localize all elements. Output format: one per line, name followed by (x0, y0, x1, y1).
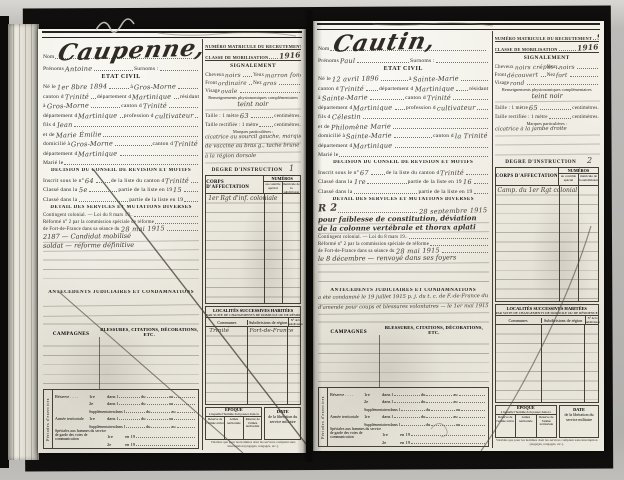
column-divider (264, 194, 265, 303)
label: domicilié à (43, 141, 70, 147)
leader (338, 212, 417, 213)
label: Né le (318, 76, 331, 82)
record-page-caupenne: Nom Caupenne, Prénoms Antoine Surnoms : … (38, 29, 306, 453)
leader (119, 404, 140, 405)
label: partie de la liste en 19 (408, 179, 462, 185)
communes-header: Communes (496, 318, 541, 323)
epoque-col-1: Réserve de l'armée active (206, 417, 224, 439)
leader (401, 410, 424, 411)
value: cultivateur (437, 103, 476, 111)
leader (461, 425, 484, 426)
value: noirs (225, 73, 241, 78)
value: Gros-Morne (71, 139, 113, 147)
side-header: N° de la subdivision (288, 318, 303, 326)
center-fold-shadow (303, 10, 315, 462)
prenoms-label: Prénoms (318, 58, 339, 64)
ruled-blank-area (43, 251, 199, 289)
side-column: NUMÉRO MATRICULE DU RECRUTEMENT949 CLASS… (493, 31, 601, 448)
leader (259, 126, 273, 127)
num-col-2: matricule de la subdivision (282, 182, 300, 194)
label: Inscrit sous le n° (43, 178, 84, 184)
label: canton d (318, 86, 339, 92)
label: Nez (253, 81, 262, 86)
label: Classé dans la (318, 179, 353, 185)
leader (174, 419, 195, 420)
subdivisions-header: Subdivisions de région (541, 318, 585, 323)
classe-field: CLASSE DE MOBILISATION1916 (205, 50, 301, 61)
leader (249, 84, 252, 85)
main-column: Nom Cautin, Prénoms Paul Surnoms : ÉTAT … (317, 31, 493, 448)
campagnes-section: CAMPAGNES BLESSURES, CITATIONS, DÉCORATI… (43, 326, 199, 389)
value: Trinité (340, 84, 364, 91)
blessures-title: BLESSURES, CITATIONS, DÉCORATIONS, ETC. (379, 325, 488, 335)
leader (461, 80, 488, 81)
label: Périodes d'exercices (321, 396, 325, 439)
label: canton d (405, 95, 426, 101)
antecedents-title: ANTÉCÉDENTS JUDICIAIRES ET CONDAMNATIONS (43, 290, 199, 295)
complementaires-value: teint noir (205, 99, 301, 110)
label: 2e (107, 442, 125, 447)
label: Périodes d'exercices (46, 398, 50, 441)
matricule-number: 949 (597, 31, 599, 41)
seance-date: 28 mai 1915 (121, 225, 165, 232)
corps-title: CORPS D'AFFECTATION (496, 168, 558, 185)
prenoms-value: Paul (340, 56, 355, 63)
value: 1er 8bre 1894 (57, 82, 107, 90)
epoque-col-2: Armée territoriale (224, 417, 243, 439)
label: profession d (406, 105, 436, 111)
leader (191, 182, 198, 183)
localites-table: LOCALITÉS SUCCESSIVES HABITÉES PAR SUITE… (495, 304, 600, 403)
value: la Trinité (455, 132, 488, 139)
leader (120, 117, 123, 118)
label: 2e (382, 440, 400, 445)
label: département d (318, 143, 352, 149)
value: Sainte-Marie (322, 93, 368, 101)
label: département d (43, 113, 77, 119)
leader (394, 417, 420, 418)
label: Taille : 1 mètre (205, 114, 239, 119)
leader (251, 117, 274, 118)
surname-handwritten: Cautin, (331, 27, 439, 58)
value: Sainte-Marie (346, 131, 392, 139)
label: canton d (121, 103, 142, 109)
label: fils d (43, 122, 56, 128)
main-column: Nom Caupenne, Prénoms Antoine Surnoms : … (42, 39, 203, 450)
epoque-col-2: Armée territoriale (515, 415, 536, 437)
ruled-blank-area (318, 313, 489, 323)
leader (456, 90, 468, 91)
label: Inscrit sous le n° (318, 170, 359, 176)
label: Né le (43, 84, 56, 90)
leader (177, 427, 196, 428)
taille-value: 65 (529, 103, 538, 110)
leader (177, 412, 196, 413)
register-spread-scan: Nom Caupenne, Prénoms Antoine Surnoms : … (0, 0, 624, 480)
marques-line: de vaccine au bras g., tache brune (205, 142, 301, 153)
leader (91, 107, 120, 108)
corps-table-body: Camp. du 1er Rgt colonial (496, 186, 599, 301)
label: Taille rectifiée : 1 mètre (205, 123, 258, 128)
classe-label: CLASSE DE MOBILISATION (205, 55, 268, 60)
decision-section: Inscrit sous le n°64de la liste du canto… (43, 174, 199, 203)
campagnes-table (318, 335, 489, 387)
label: Taille rectifiée : 1 mètre (495, 115, 548, 120)
periodes-vertical-label: Périodes d'exercices (319, 388, 328, 446)
leader (381, 80, 408, 81)
epoque-col-3: Réserve de l'armée territoriale (536, 415, 557, 437)
label: domicilié à (318, 133, 345, 139)
label: Marié le (43, 160, 63, 166)
leader (363, 118, 488, 119)
column-divider (287, 327, 288, 404)
value: Jean (56, 121, 72, 128)
leader (96, 182, 110, 183)
reforme-mark: R 2 (318, 203, 338, 214)
seance-date: 28 mai 1915 (396, 247, 440, 254)
leader (279, 84, 300, 85)
leader (411, 443, 484, 444)
surname-handwritten: Caupenne, (56, 34, 209, 66)
value: noirs (559, 65, 575, 70)
leader (541, 76, 546, 77)
degre-instruction-section: DEGRÉ D'INSTRUCTION 1 (205, 164, 301, 173)
label: centimètres. (572, 115, 599, 120)
label: Classé dans la (318, 189, 353, 195)
leader (394, 402, 420, 403)
leader (269, 58, 278, 59)
epoque-box: ÉPOQUE à laquelle l'homme doit passer da… (205, 407, 262, 440)
column-divider (247, 327, 248, 404)
corps-affectation-table: CORPS D'AFFECTATION NUMÉROS au contrôle … (205, 175, 301, 304)
leader (109, 88, 129, 89)
value: découvert (507, 73, 538, 78)
leader (411, 435, 484, 436)
printed-line: de Fort-de-France dans sa séance du (318, 249, 395, 254)
leader (570, 76, 598, 77)
leader (89, 191, 117, 192)
label: centimètres. (274, 123, 301, 128)
leader (119, 419, 140, 420)
footnote: Valables que pour les hommes dont les se… (495, 439, 600, 447)
value: Sainte-Marie (413, 74, 459, 82)
book-page-stack-edge (8, 24, 39, 460)
label: Nez (547, 73, 556, 78)
leader (119, 397, 140, 398)
degre-title: DEGRÉ D'INSTRUCTION (495, 159, 588, 165)
nom-label: Nom (318, 46, 329, 52)
num-col-1: au contrôle spécial (559, 174, 578, 185)
value: rond (510, 81, 525, 86)
leader (79, 201, 129, 202)
label: en 19 (400, 440, 410, 445)
value: ovale (221, 89, 238, 94)
leader (366, 90, 378, 91)
epoque-col-1: Réserve de l'armée active (496, 415, 516, 437)
leader (134, 216, 198, 217)
value: Trinité (65, 92, 89, 99)
label: centimètres. (274, 114, 301, 119)
num-col-1: au contrôle spécial (264, 182, 281, 194)
leader (151, 412, 170, 413)
leader (394, 395, 420, 396)
date-liberation-box: DATEde la libération du service militair… (264, 407, 301, 440)
label: Cheveux (205, 73, 224, 78)
leader (466, 174, 487, 175)
surnoms-label: Surnoms : (410, 58, 435, 64)
leader (64, 164, 198, 165)
leader (151, 427, 170, 428)
column-divider (584, 325, 585, 402)
complementaires-value: teint noir (494, 91, 599, 102)
leader (240, 92, 300, 93)
classe-field: CLASSE DE MOBILISATION1916 (495, 42, 600, 53)
column-divider (282, 194, 283, 303)
value: 1re (353, 178, 365, 185)
label: de la liste du canton d (386, 170, 440, 176)
etat-civil-title: ÉTAT CIVIL (318, 66, 489, 72)
classe-number: 1916 (577, 42, 599, 52)
leader (94, 70, 133, 71)
label: Classé dans la (43, 187, 78, 193)
decision-title: DÉCISION DU CONSEIL DE REVISION ET MOTIF… (318, 160, 489, 165)
signalement-title: SIGNALEMENT (495, 55, 600, 61)
signalement-title: SIGNALEMENT (205, 63, 301, 69)
leader (160, 70, 199, 71)
campagnes-table (43, 337, 199, 389)
value: Gros-Morne (47, 101, 89, 109)
leader (339, 156, 487, 157)
value: fort (556, 73, 568, 78)
value: noirs crépus (515, 64, 554, 70)
subdivisions-header: Subdivisions de région (247, 320, 287, 325)
surnoms-label: Surnoms : (134, 66, 159, 72)
label: Yeux (253, 73, 264, 78)
leader (147, 404, 168, 405)
leader (367, 183, 406, 184)
etat-civil-title: ÉTAT CIVIL (43, 74, 199, 80)
leader (91, 98, 96, 99)
leader (371, 174, 385, 175)
antecedents-title: ANTÉCÉDENTS JUDICIAIRES ET CONDAMNATIONS (318, 288, 489, 293)
date-subtitle: de la libération du service militaire (560, 413, 598, 423)
leader (459, 417, 485, 418)
column-divider (559, 186, 560, 301)
label: département d (97, 94, 131, 100)
label: Classé dans la (43, 197, 78, 203)
leader (461, 410, 484, 411)
speciales-label: Spéciales aux hommes du service de garde… (330, 427, 382, 445)
value: Martinique (353, 103, 393, 111)
decision-title: DÉCISION DU CONSEIL DE REVISION ET MOTIF… (43, 168, 199, 173)
leader (74, 126, 198, 127)
corps-entry: 1er Rgt d'inf. coloniale (208, 195, 277, 202)
label: centimètres. (572, 106, 599, 111)
label: département d (43, 151, 77, 157)
leader (395, 147, 488, 148)
leader (136, 437, 195, 438)
leader (174, 397, 195, 398)
value: Martinique (78, 111, 118, 119)
decision-section: Inscrit sous le n°67de la liste du canto… (318, 166, 489, 195)
value: Martinique (353, 141, 393, 149)
label: de la liste du canton d (111, 178, 165, 184)
column-divider (99, 337, 100, 389)
etat-civil-section: Né le12 avril 1896àSainte-Marie canton d… (318, 73, 489, 159)
leader (243, 76, 252, 77)
corps-table-body: 1er Rgt d'inf. coloniale (206, 194, 300, 303)
blessures-title: BLESSURES, CITATIONS, DÉCORATIONS, ETC. (99, 327, 199, 337)
leader (195, 117, 198, 118)
marques-line (494, 144, 599, 155)
label: partie de la liste en 19 (118, 187, 172, 193)
subdivision-entry: Fort-de-France (249, 328, 293, 334)
leader (459, 402, 485, 403)
label: en 19 (125, 442, 135, 447)
prenoms-label: Prénoms (43, 66, 64, 72)
leader (549, 118, 572, 119)
antecedents-line (43, 305, 199, 316)
periodes-section: Périodes d'exercices Réserve . . . .1red… (318, 387, 489, 447)
leader (393, 128, 488, 129)
name-field: Nom Cautin, (318, 31, 489, 54)
matricule-form: Nom Cautin, Prénoms Paul Surnoms : ÉTAT … (317, 23, 600, 448)
label: résidant (469, 86, 488, 92)
leader (474, 183, 488, 184)
classe-label: CLASSE DE MOBILISATION (495, 47, 558, 52)
label: résidant (180, 94, 199, 100)
degre-value: 2 (587, 156, 599, 165)
value: Philomène Marie (331, 122, 391, 130)
degre-title: DEGRÉ D'INSTRUCTION (205, 167, 289, 173)
leader (184, 191, 198, 192)
side-column: NUMÉRO MATRICULE DU RECRUTEMENT945 CLASS… (203, 39, 302, 450)
epoque-col-3: Réserve de l'armée territoriale (243, 417, 262, 439)
leader (126, 427, 145, 428)
leader (174, 98, 179, 99)
leader (395, 109, 405, 110)
leader (354, 193, 418, 194)
value: cultivateur (155, 111, 194, 119)
leader (577, 68, 598, 69)
corps-affectation-table: CORPS D'AFFECTATION NUMÉROS au contrôle … (495, 167, 600, 302)
value: Trinité (165, 176, 189, 183)
services-title: DÉTAIL DES SERVICES ET MUTATIONS DIVERSE… (318, 197, 489, 202)
value: Trinité (427, 94, 451, 101)
leader (436, 62, 488, 63)
leader (593, 39, 596, 40)
name-field: Nom Caupenne, (43, 39, 199, 62)
record-page-cautin: Nom Cautin, Prénoms Paul Surnoms : ÉTAT … (313, 21, 604, 451)
value: ordinaire (218, 81, 247, 86)
value: Martinique (132, 92, 172, 100)
label: partie de la liste en 19 (129, 197, 183, 203)
campagnes-section: CAMPAGNES BLESSURES, CITATIONS, DÉCORATI… (318, 324, 489, 387)
matricule-field: NUMÉRO MATRICULE DU RECRUTEMENT945 (205, 39, 301, 50)
matricule-form: Nom Caupenne, Prénoms Antoine Surnoms : … (42, 31, 302, 450)
num-col-2: matricule de la subdivision (578, 174, 598, 185)
side-header: N° de la subdivision (585, 316, 600, 324)
value: marron foncé (265, 72, 301, 78)
antecedents-line: d'amende pour coups et blessures volonta… (318, 303, 489, 314)
services-section: Contingent colonial. — Loi du 8 mars 19.… (43, 211, 199, 289)
leader (409, 238, 488, 239)
prenoms-value: Antoine (65, 64, 92, 71)
leader (453, 99, 488, 100)
matricule-label: NUMÉRO MATRICULE DU RECRUTEMENT (495, 36, 592, 41)
label: Taille : 1 mètre (495, 106, 529, 111)
label: partie de la liste en 19 (418, 189, 472, 195)
label: à (43, 103, 46, 109)
marques-line (494, 134, 599, 145)
value: 16 (463, 178, 472, 185)
nom-label: Nom (43, 54, 54, 60)
degre-instruction-section: DEGRÉ D'INSTRUCTION 2 (495, 156, 600, 165)
matricule-label: NUMÉRO MATRICULE DU RECRUTEMENT (205, 44, 301, 49)
footnote: Valables que pour les hommes dont les se… (205, 441, 301, 449)
date-liberation-box: DATEde la libération du service militair… (559, 405, 599, 438)
value: gros (263, 81, 277, 86)
services-handwritten: le 8 décembre — renvoyé dans ses foyers (318, 253, 489, 264)
leader (401, 425, 424, 426)
leader (426, 395, 452, 396)
value: Célestin (331, 113, 360, 120)
label: à (318, 95, 321, 101)
antecedents-section: a été condamné le 19 juillet 1915 p. j. … (318, 294, 489, 323)
leader (169, 107, 198, 108)
commune-entry: Trinité (209, 328, 229, 334)
marques-line: à la région dorsale (205, 152, 301, 163)
value: Trinité (440, 168, 464, 175)
label: fils d (318, 114, 331, 120)
antecedents-section (43, 296, 199, 325)
value: Martinique (78, 149, 118, 157)
leader (147, 397, 168, 398)
leader (431, 410, 454, 411)
leader (370, 99, 405, 100)
taille-value: 63 (240, 111, 249, 118)
leader (527, 84, 598, 85)
leader (426, 417, 452, 418)
value: Gros-Morne (134, 82, 176, 90)
leader (115, 145, 151, 146)
value: 12 avril 1896 (332, 74, 379, 82)
label: Visage (495, 81, 510, 86)
leader (136, 445, 195, 446)
label: canton d (433, 133, 454, 139)
localites-body: Trinité Fort-de-France (206, 327, 300, 404)
column-divider (379, 335, 380, 387)
label: à (409, 76, 412, 82)
leader (120, 155, 198, 156)
date-subtitle: de la libération du service militaire (265, 415, 300, 425)
matricule-field: NUMÉRO MATRICULE DU RECRUTEMENT949 (495, 31, 600, 42)
column-divider (541, 325, 542, 402)
printed-line: de Fort-de-France dans sa séance du (43, 227, 120, 232)
label: Front (205, 81, 217, 86)
label: et de (43, 132, 55, 138)
corps-title: CORPS D'AFFECTATION (206, 176, 263, 193)
leader (126, 412, 145, 413)
leader (174, 404, 195, 405)
epoque-box: ÉPOQUE à laquelle l'homme doit passer da… (495, 405, 558, 438)
ruled-blank-area (318, 263, 489, 286)
label: à (130, 84, 133, 90)
leader (426, 402, 452, 403)
services-title: DÉTAIL DES SERVICES ET MUTATIONS DIVERSE… (43, 205, 199, 210)
leader (430, 245, 487, 246)
label: département d (379, 86, 413, 92)
